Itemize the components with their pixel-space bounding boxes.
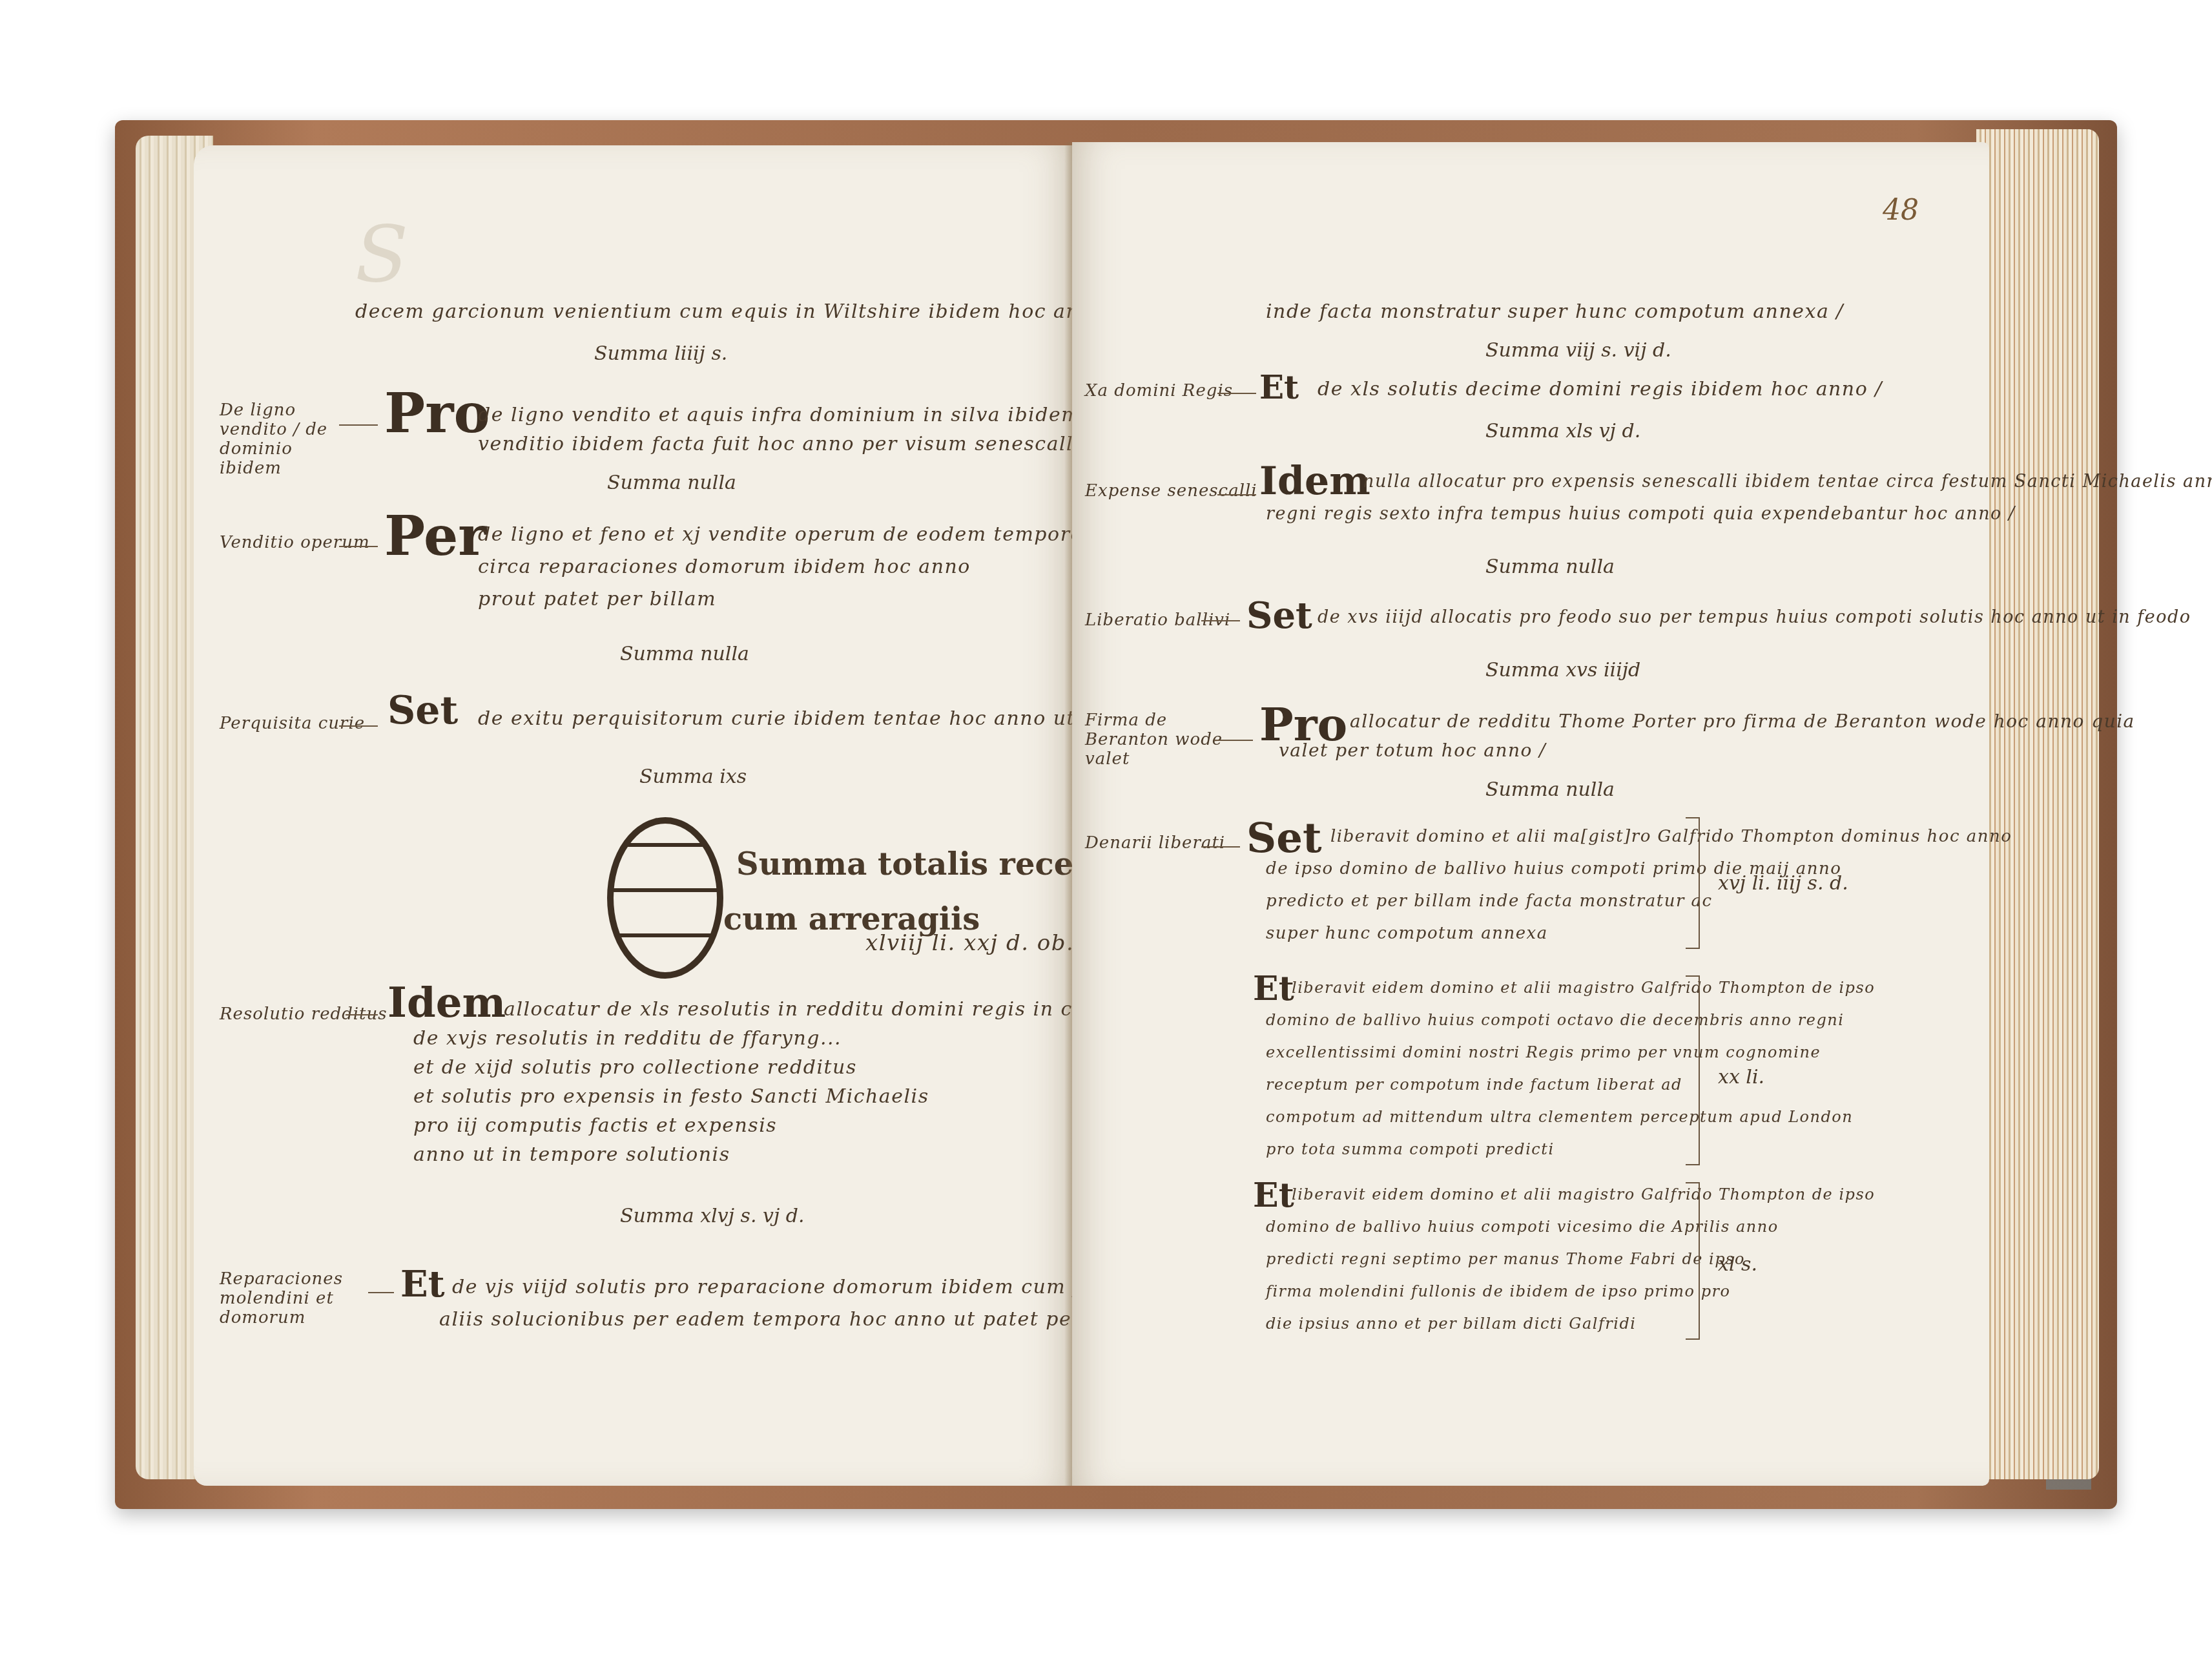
entry-line: de xvjs resolutis in redditu de ffaryng.… bbox=[413, 1027, 842, 1050]
entry-line: inde facta monstratur super hunc compotu… bbox=[1266, 300, 1844, 323]
entry-line: et de xijd solutis pro collectione reddi… bbox=[413, 1056, 857, 1079]
entry-sum: Summa xls vj d. bbox=[1485, 420, 1640, 442]
left-page: S decem garcionum venientium cum equis i… bbox=[194, 145, 1072, 1486]
margin-label: Perquisita curie bbox=[220, 714, 365, 733]
entry-line: liberavit eidem domino et alii magistro … bbox=[1292, 1185, 1875, 1203]
entry-initial: Et bbox=[1259, 368, 1299, 406]
sum-bracket bbox=[1686, 975, 1700, 1165]
margin-dash bbox=[1217, 494, 1256, 495]
entry-line: domino de ballivo huius compoti octavo d… bbox=[1266, 1011, 1844, 1029]
entry-line: domino de ballivo huius compoti vicesimo… bbox=[1266, 1218, 1779, 1236]
margin-dash bbox=[1214, 740, 1253, 741]
entry-sum: Summa viij s. vij d. bbox=[1485, 339, 1671, 362]
margin-dash bbox=[1201, 620, 1240, 621]
entry-line: valet per totum hoc anno / bbox=[1279, 740, 1546, 761]
entry-line: nulla allocatur pro expensis senescalli … bbox=[1363, 472, 2212, 492]
margin-label: Reparaciones molendini et domorum bbox=[220, 1269, 362, 1327]
margin-dash bbox=[1217, 393, 1256, 394]
bleed-through: S bbox=[355, 210, 408, 300]
bracket-sum: xx li. bbox=[1718, 1066, 1764, 1088]
right-page: 48 inde facta monstratur super hunc comp… bbox=[1072, 142, 1989, 1486]
entry-sum: Summa ixs bbox=[639, 765, 747, 788]
margin-label: Denarii liberati bbox=[1085, 833, 1225, 853]
margin-label: Firma de Beranton wode valet bbox=[1085, 711, 1227, 769]
bracket-sum: xvj li. iiij s. d. bbox=[1718, 872, 1848, 895]
entry-sum: Summa xlvj s. vj d. bbox=[620, 1205, 804, 1227]
margin-label: De ligno vendito / de dominio ibidem bbox=[220, 401, 342, 478]
entry-line: circa reparaciones domorum ibidem hoc an… bbox=[478, 556, 971, 578]
entry-line: predicti regni septimo per manus Thome F… bbox=[1266, 1250, 1745, 1268]
entry-line: liberavit domino et alii ma[gist]ro Galf… bbox=[1330, 827, 2012, 846]
entry-initial: Idem bbox=[388, 979, 506, 1027]
margin-dash bbox=[1201, 846, 1240, 848]
margin-dash bbox=[339, 725, 378, 727]
entry-initial: Set bbox=[1246, 814, 1322, 862]
margin-dash bbox=[368, 1292, 394, 1293]
entry-line: firma molendini fullonis de ibidem de ip… bbox=[1266, 1282, 1730, 1300]
entry-line: predicto et per billam inde facta monstr… bbox=[1266, 891, 1713, 911]
entry-sum: Summa xvs iiijd bbox=[1485, 659, 1640, 682]
entry-initial: Et bbox=[400, 1263, 445, 1306]
entry-line: et solutis pro expensis in festo Sancti … bbox=[413, 1085, 929, 1108]
margin-label: Venditio operum bbox=[220, 533, 370, 552]
entry-initial: Et bbox=[1253, 969, 1294, 1008]
margin-dash bbox=[339, 546, 378, 547]
entry-initial: Per bbox=[384, 504, 487, 568]
entry-sum: Summa nulla bbox=[607, 472, 736, 494]
sum-bracket bbox=[1686, 817, 1700, 949]
entry-line: die ipsius anno et per billam dicti Galf… bbox=[1266, 1315, 1637, 1333]
entry-sum: Summa nulla bbox=[1485, 556, 1615, 578]
entry-line: compotum ad mittendum ultra clementem pe… bbox=[1266, 1108, 1853, 1126]
entry-sum: Summa nulla bbox=[620, 643, 749, 665]
total-amount: xlviij li. xxj d. ob. bbox=[865, 930, 1074, 956]
margin-label: Xa domini Regis bbox=[1085, 381, 1233, 401]
entry-line: decem garcionum venientium cum equis in … bbox=[355, 300, 1120, 323]
margin-dash bbox=[339, 424, 378, 426]
entry-initial: Set bbox=[388, 688, 458, 733]
entry-line: prout patet per billam bbox=[478, 588, 716, 610]
entry-line: excellentissimi domini nostri Regis prim… bbox=[1266, 1043, 1821, 1061]
entry-line: venditio ibidem facta fuit hoc anno per … bbox=[478, 433, 1080, 455]
page-edges-right bbox=[1976, 129, 2099, 1479]
bracket-sum: xl s. bbox=[1718, 1253, 1757, 1276]
entry-initial: Pro bbox=[384, 381, 490, 445]
entry-line: pro iij computis factis et expensis bbox=[413, 1114, 777, 1137]
entry-line: pro tota summa compoti predicti bbox=[1266, 1140, 1555, 1158]
entry-sum: Summa liiij s. bbox=[594, 342, 727, 365]
entry-line: super hunc compotum annexa bbox=[1266, 924, 1548, 943]
entry-initial: Set bbox=[1246, 594, 1312, 637]
margin-dash bbox=[346, 1014, 378, 1015]
decorated-initial-s bbox=[607, 817, 723, 979]
entry-line: regni regis sexto infra tempus huius com… bbox=[1266, 504, 2016, 524]
entry-line: anno ut in tempore solutionis bbox=[413, 1143, 730, 1166]
entry-sum: Summa nulla bbox=[1485, 778, 1615, 801]
entry-line: allocatur de redditu Thome Porter pro fi… bbox=[1350, 711, 2135, 732]
entry-line: de xvs iiijd allocatis pro feodo suo per… bbox=[1318, 607, 2191, 627]
sum-bracket bbox=[1686, 1182, 1700, 1340]
entry-line: de xls solutis decime domini regis ibide… bbox=[1318, 378, 1883, 401]
entry-initial: Et bbox=[1253, 1176, 1294, 1215]
folio-number: 48 bbox=[1883, 194, 1919, 227]
entry-line: liberavit eidem domino et alii magistro … bbox=[1292, 979, 1875, 997]
margin-label: Expense senescalli bbox=[1085, 481, 1257, 501]
entry-line: receptum per compotum inde factum libera… bbox=[1266, 1076, 1682, 1094]
entry-initial: Idem bbox=[1259, 459, 1370, 504]
